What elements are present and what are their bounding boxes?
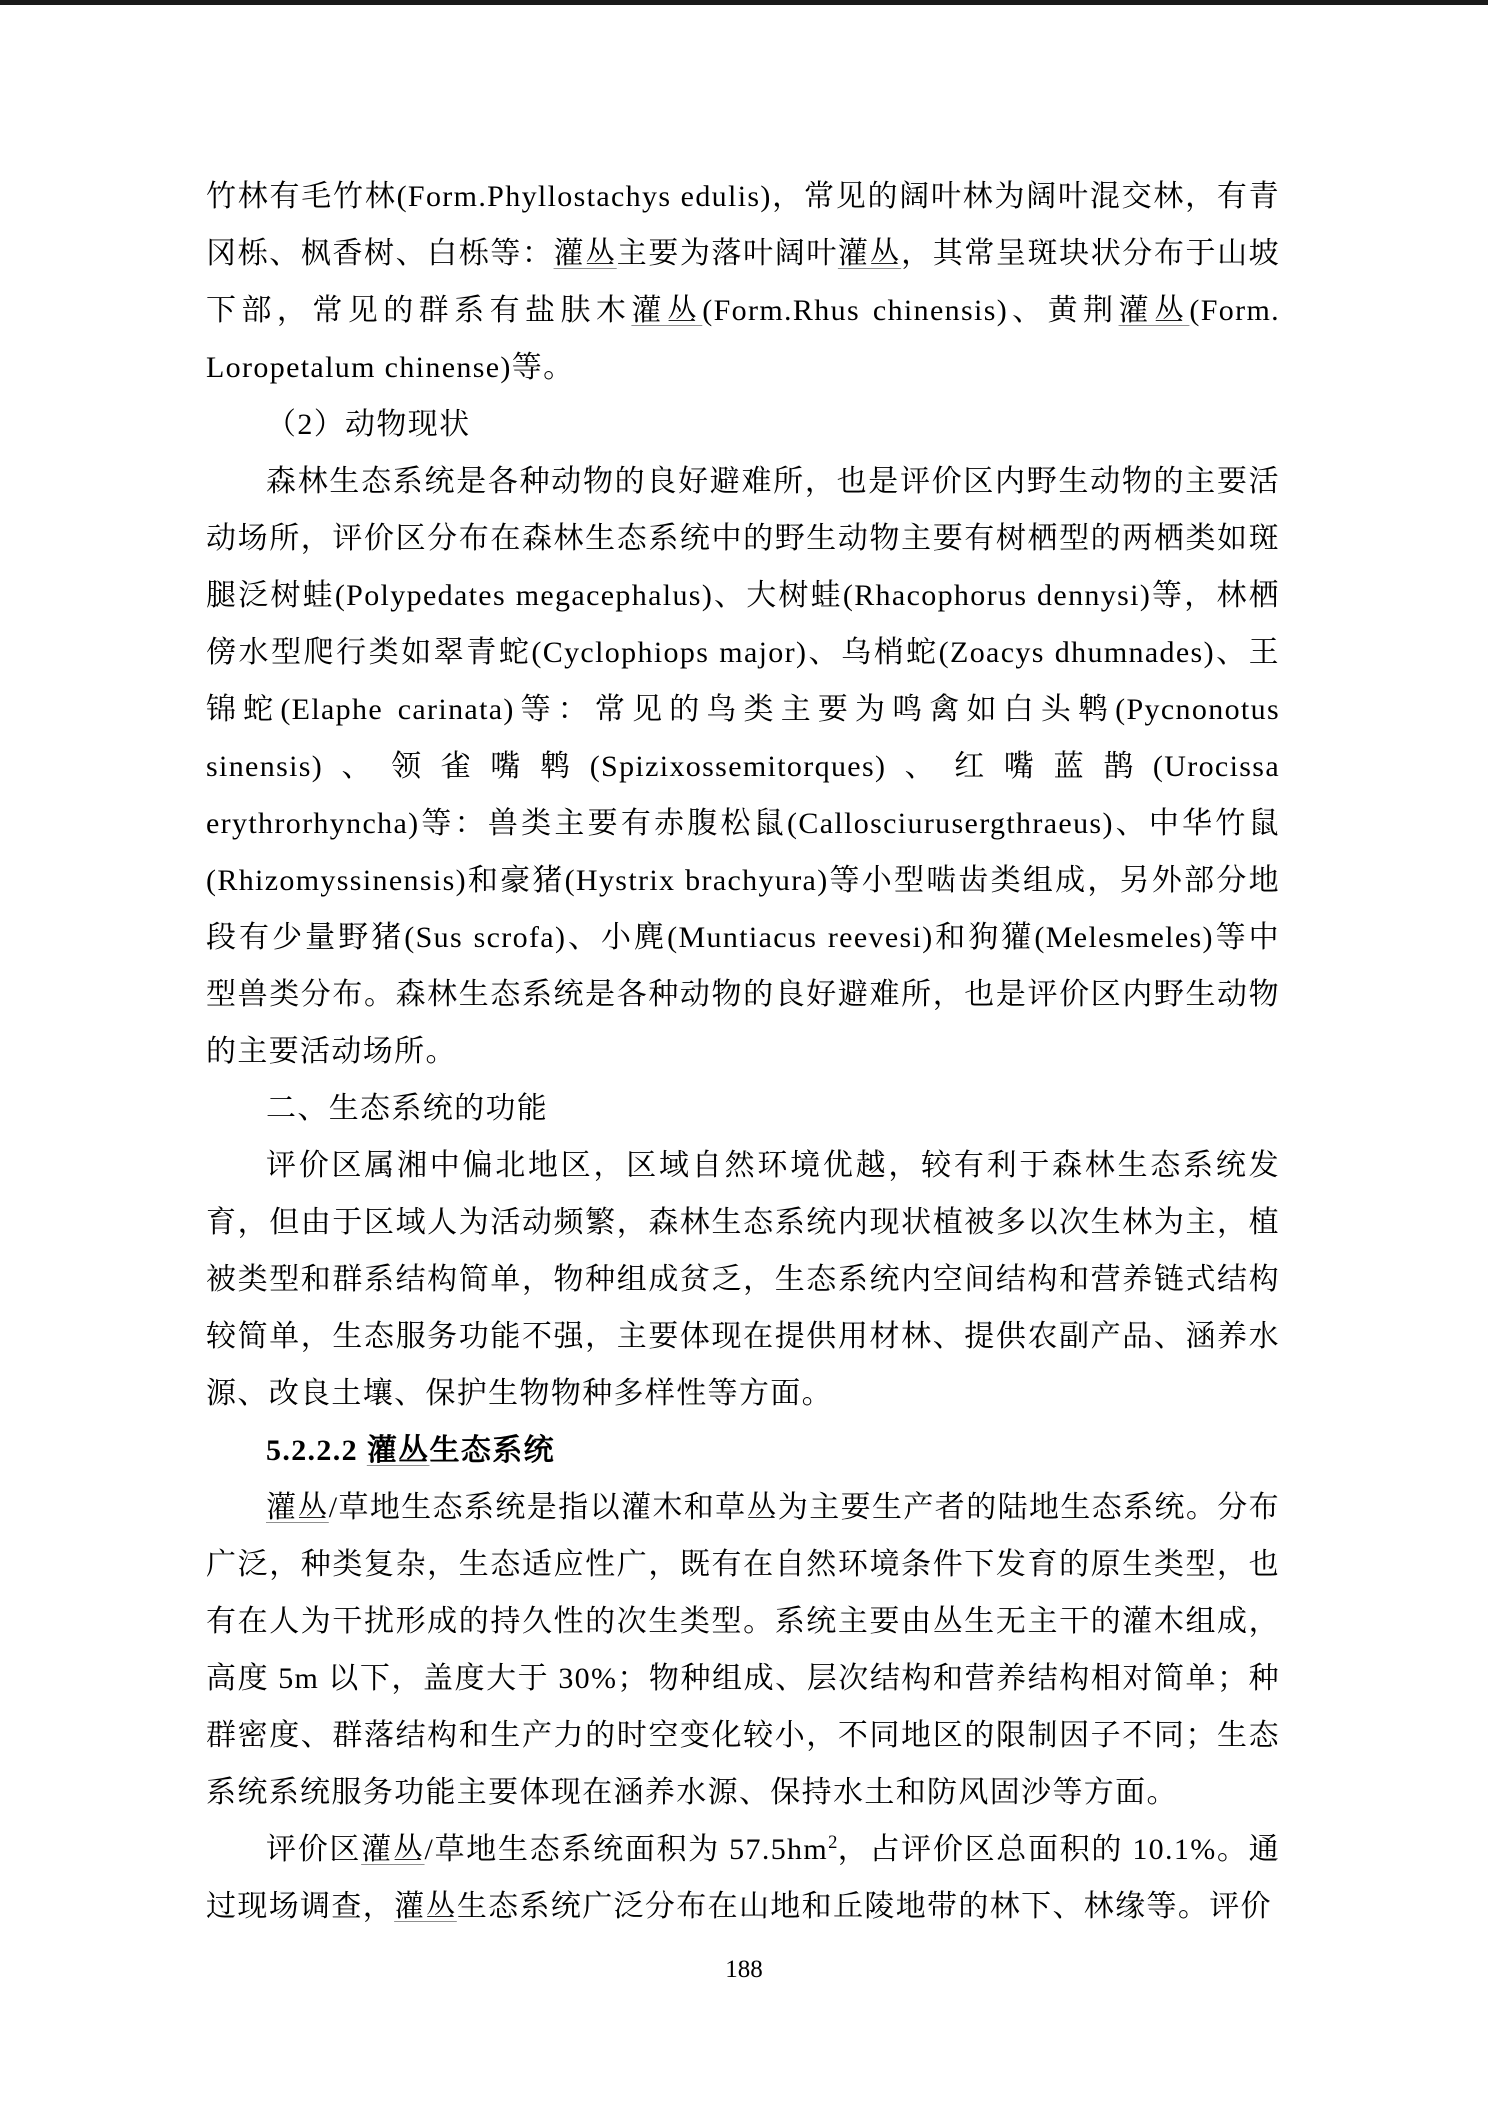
text-run: 二、生态系统的功能 bbox=[266, 1092, 548, 1125]
text-run: 生态系统广泛分布在山地和丘陵地带的林下、林缘等。评价 bbox=[457, 1890, 1272, 1923]
text-run: （2）动物现状 bbox=[266, 408, 470, 441]
paragraph: 评价区属湘中偏北地区，区域自然环境优越，较有利于森林生态系统发育，但由于区域人为… bbox=[206, 1137, 1280, 1422]
text-run: 主要为落叶阔叶 bbox=[617, 237, 838, 270]
text-run: (Form.Rhus chinensis)、黄荆 bbox=[702, 294, 1118, 327]
document-page: { "footer": { "page_number": "188" }, "b… bbox=[0, 0, 1488, 2104]
text-run: 评价区属湘中偏北地区，区域自然环境优越，较有利于森林生态系统发育，但由于区域人为… bbox=[206, 1149, 1280, 1410]
underlined-text: 灌丛 bbox=[631, 294, 702, 327]
page-body-text: 竹林有毛竹林(Form.Phyllostachys edulis)，常见的阔叶林… bbox=[206, 168, 1280, 1935]
text-run: 生态系统 bbox=[430, 1434, 555, 1467]
text-run: /草地生态系统面积为 57.5hm bbox=[425, 1833, 829, 1866]
text-run: 评价区 bbox=[266, 1833, 361, 1866]
paragraph: 灌丛/草地生态系统是指以灌木和草丛为主要生产者的陆地生态系统。分布广泛，种类复杂… bbox=[206, 1479, 1280, 1821]
underlined-text: 灌丛 bbox=[361, 1833, 424, 1866]
paragraph: 二、生态系统的功能 bbox=[206, 1080, 1280, 1137]
page-number: 188 bbox=[0, 1950, 1488, 1990]
underlined-text: 灌丛 bbox=[1119, 294, 1190, 327]
text-run: 5.2.2.2 bbox=[266, 1434, 367, 1467]
page-top-border bbox=[0, 0, 1488, 5]
paragraph: 竹林有毛竹林(Form.Phyllostachys edulis)，常见的阔叶林… bbox=[206, 168, 1280, 396]
underlined-text: 灌丛 bbox=[266, 1491, 329, 1524]
paragraph: 评价区灌丛/草地生态系统面积为 57.5hm2，占评价区总面积的 10.1%。通… bbox=[206, 1821, 1280, 1935]
underlined-text: 灌丛 bbox=[367, 1434, 430, 1467]
text-run: 2 bbox=[828, 1832, 837, 1853]
text-run: 森林生态系统是各种动物的良好避难所，也是评价区内野生动物的主要活动场所，评价区分… bbox=[206, 465, 1280, 1068]
paragraph: （2）动物现状 bbox=[206, 396, 1280, 453]
underlined-text: 灌丛 bbox=[838, 237, 901, 270]
paragraph: 森林生态系统是各种动物的良好避难所，也是评价区内野生动物的主要活动场所，评价区分… bbox=[206, 453, 1280, 1080]
section-heading: 5.2.2.2 灌丛生态系统 bbox=[206, 1422, 1280, 1479]
underlined-text: 灌丛 bbox=[394, 1890, 457, 1923]
underlined-text: 灌丛 bbox=[554, 237, 617, 270]
text-run: /草地生态系统是指以灌木和草丛为主要生产者的陆地生态系统。分布广泛，种类复杂，生… bbox=[206, 1491, 1280, 1809]
